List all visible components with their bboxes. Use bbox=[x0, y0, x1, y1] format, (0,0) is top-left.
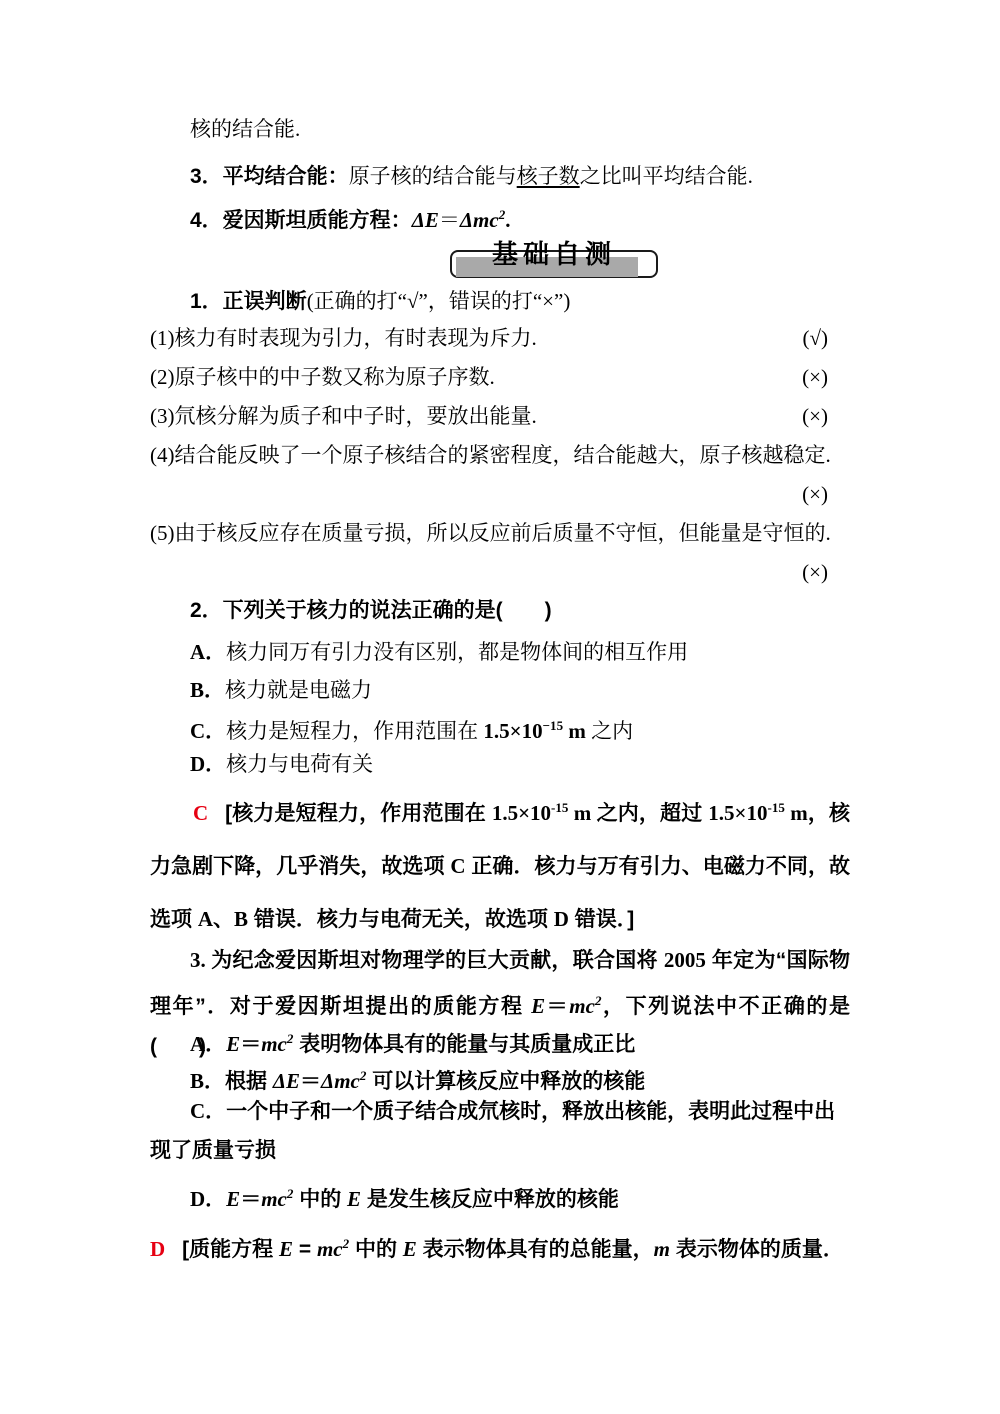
q1-item-4-text: (4)结合能反映了一个原子核结合的紧密程度，结合能越大，原子核越稳定. bbox=[150, 440, 850, 470]
intro-item-3: 3．平均结合能：原子核的结合能与核子数之比叫平均结合能. bbox=[150, 161, 890, 192]
q1-item-1-mark: (√) bbox=[802, 323, 850, 353]
q1-stem: 1．正误判断(正确的打“√”，错误的打“×”) bbox=[150, 286, 890, 317]
q3-option-a: A．E＝mc2 表明物体具有的能量与其质量成正比 bbox=[150, 1024, 890, 1060]
q3-answer-text: [质能方程 E = mc2 中的 E 表示物体具有的总能量，m 表示物体的质量． bbox=[182, 1238, 844, 1261]
q2-option-c: C．核力是短程力，作用范围在 1.5×10−15 m 之内 bbox=[150, 711, 890, 746]
q1-item-1: (1)核力有时表现为引力，有时表现为斥力. (√) bbox=[150, 323, 850, 353]
section-banner: 基础自测 bbox=[450, 240, 658, 280]
intro-item-4: 4．爱因斯坦质能方程：ΔE＝Δmc2. bbox=[150, 200, 890, 236]
q1-item-3-mark: (×) bbox=[802, 401, 850, 431]
intro-continuation: 核的结合能. bbox=[150, 114, 890, 144]
document-page: 核的结合能. 3．平均结合能：原子核的结合能与核子数之比叫平均结合能. 4．爱因… bbox=[0, 0, 1000, 1414]
q1-item-2-text: (2)原子核中的中子数又称为原子序数. bbox=[150, 362, 495, 392]
q1-item-2-mark: (×) bbox=[802, 362, 850, 392]
q1-item-1-text: (1)核力有时表现为引力，有时表现为斥力. bbox=[150, 323, 537, 353]
q3-option-d: D．E＝mc2 中的 E 是发生核反应中释放的核能 bbox=[150, 1179, 890, 1215]
q3-answer-letter: D bbox=[150, 1237, 165, 1261]
q1-item-2: (2)原子核中的中子数又称为原子序数. (×) bbox=[150, 362, 850, 392]
q1-item-5-text: (5)由于核反应存在质量亏损，所以反应前后质量不守恒，但能量是守恒的. bbox=[150, 518, 850, 548]
banner-label: 基础自测 bbox=[450, 240, 658, 268]
q3-answer: D[质能方程 E = mc2 中的 E 表示物体具有的总能量，m 表示物体的质量… bbox=[150, 1229, 850, 1265]
q1-item-3-text: (3)氘核分解为质子和中子时，要放出能量. bbox=[150, 401, 537, 431]
q2-option-a: A．核力同万有引力没有区别，都是物体间的相互作用 bbox=[150, 637, 890, 667]
q1-item-4-mark: (×) bbox=[150, 479, 850, 509]
q1-item-3: (3)氘核分解为质子和中子时，要放出能量. (×) bbox=[150, 401, 850, 431]
q2-answer-letter: C bbox=[193, 801, 208, 825]
q2-option-b: B．核力就是电磁力 bbox=[150, 675, 890, 705]
q2-option-d: D．核力与电荷有关 bbox=[150, 749, 890, 779]
q2-answer-text: [核力是短程力，作用范围在 1.5×10-15 m 之内，超过 1.5×10-1… bbox=[150, 802, 850, 931]
q2-answer: C[核力是短程力，作用范围在 1.5×10-15 m 之内，超过 1.5×10-… bbox=[150, 782, 850, 946]
q2-stem: 2．下列关于核力的说法正确的是( ) bbox=[150, 596, 890, 626]
q3-option-c: C．一个中子和一个质子结合成氘核时，释放出核能，表明此过程中出现了质量亏损 bbox=[150, 1092, 850, 1170]
q1-item-5-mark: (×) bbox=[150, 557, 850, 587]
